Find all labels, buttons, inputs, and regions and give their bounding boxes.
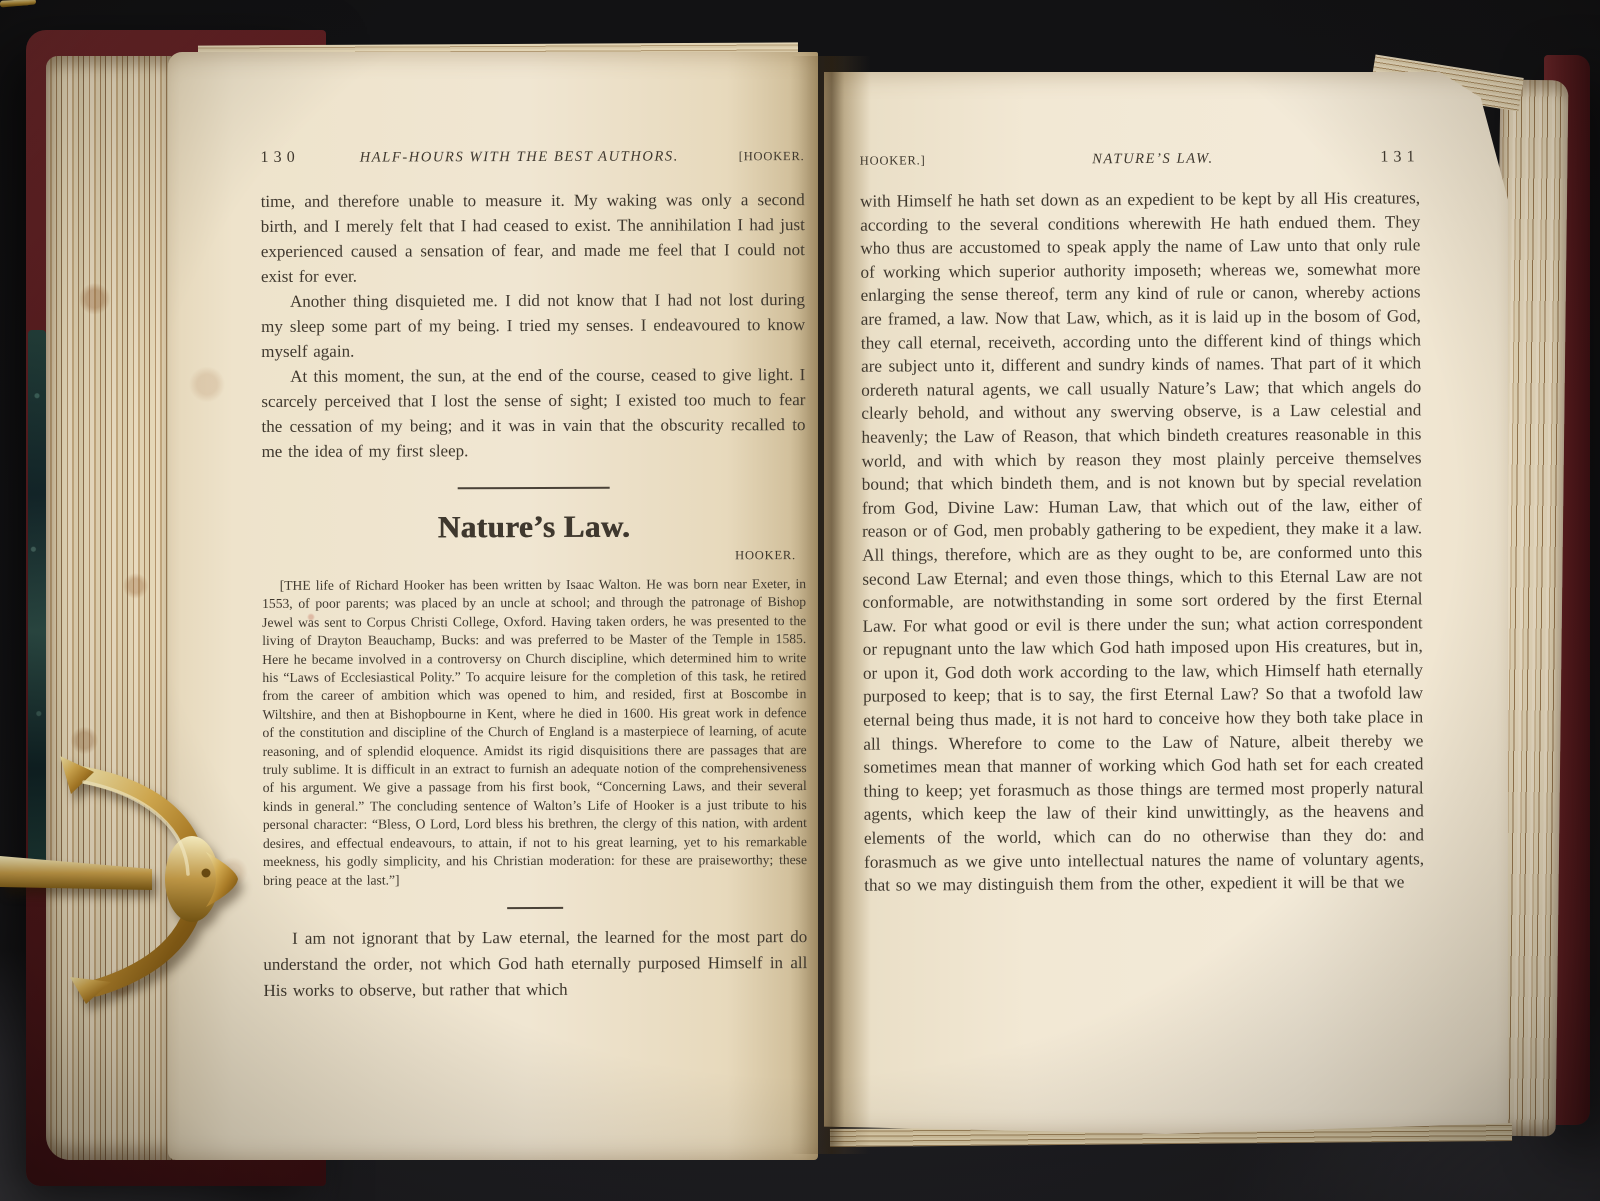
- page-number: 131: [1380, 148, 1419, 166]
- header-author-tag: [HOOKER.: [739, 149, 805, 164]
- body-text: time, and therefore unable to measure it…: [261, 187, 806, 464]
- body-text: with Himself he hath set down as an expe…: [860, 186, 1424, 897]
- clip-crown: [165, 836, 219, 922]
- editor-note: [THE life of Richard Hooker has been wri…: [262, 575, 807, 890]
- clip-shaft: [0, 856, 152, 890]
- right-page-text: HOOKER.] NATURE’S LAW. 131 with Himself …: [860, 148, 1425, 897]
- clip-rivet: [202, 869, 211, 878]
- paragraph: time, and therefore unable to measure it…: [261, 187, 805, 289]
- section-divider: [458, 487, 610, 490]
- paragraph: At this moment, the sun, at the end of t…: [261, 362, 805, 464]
- paragraph: with Himself he hath set down as an expe…: [860, 186, 1424, 897]
- note-divider: [507, 907, 563, 909]
- running-title: HALF-HOURS WITH THE BEST AUTHORS.: [360, 148, 679, 166]
- paragraph: Another thing disquieted me. I did not k…: [261, 287, 805, 364]
- book-photograph: 130 HALF-HOURS WITH THE BEST AUTHORS. [H…: [0, 0, 1600, 1201]
- section-title: Nature’s Law.: [262, 508, 806, 546]
- opening-paragraph: I am not ignorant that by Law eternal, t…: [263, 924, 807, 1004]
- brass-page-clip-icon: [0, 742, 244, 1008]
- running-title: NATURE’S LAW.: [1092, 151, 1214, 169]
- clip-arrow-top: [60, 756, 94, 794]
- header-author-tag: HOOKER.]: [860, 153, 926, 168]
- left-page-text: 130 HALF-HOURS WITH THE BEST AUTHORS. [H…: [261, 147, 808, 1004]
- stand-rod: [0, 0, 30, 7]
- right-page-header: HOOKER.] NATURE’S LAW. 131: [860, 148, 1420, 169]
- section-attribution: HOOKER.: [262, 548, 806, 565]
- left-page-header: 130 HALF-HOURS WITH THE BEST AUTHORS. [H…: [261, 147, 805, 167]
- page-number: 130: [261, 149, 300, 167]
